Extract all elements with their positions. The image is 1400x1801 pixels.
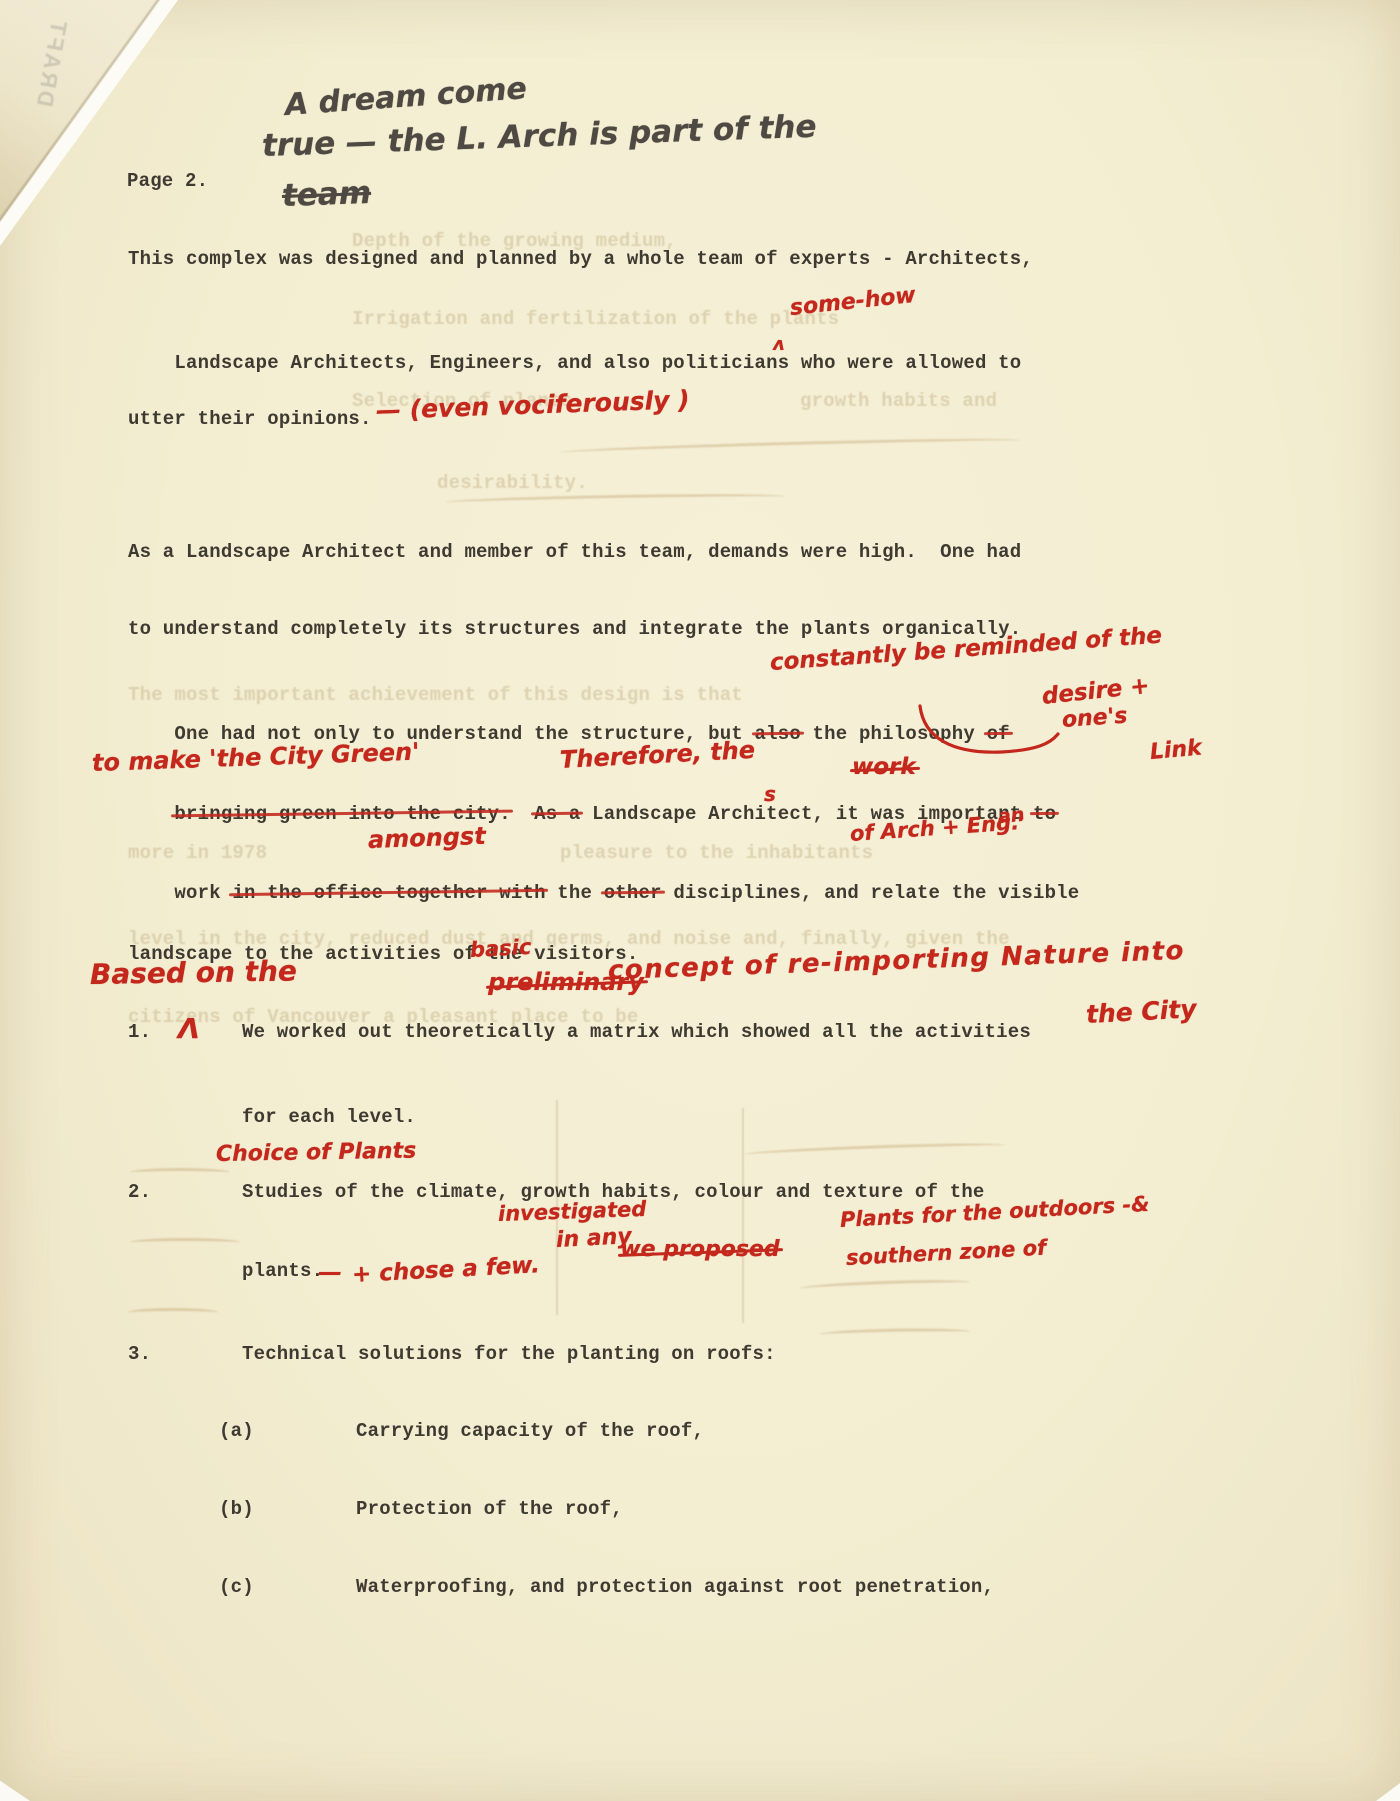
typed-line: work in the office together with the oth… bbox=[128, 860, 1079, 926]
typed-line: Landscape Architects, Engineers, and als… bbox=[128, 330, 1021, 396]
annotation-we-proposed: we proposed bbox=[620, 1237, 779, 1262]
typed-line: to understand completely its structures … bbox=[128, 618, 1021, 640]
struck-phrase-in-office: in the office together with bbox=[232, 882, 545, 904]
annotation-insert-s: s bbox=[764, 782, 776, 806]
struck-phrase-as-a: As a bbox=[534, 803, 580, 825]
insertion-caret: ʌ bbox=[773, 334, 785, 355]
sublist-text: Protection of the roof, bbox=[356, 1498, 623, 1520]
annotation-dash: — bbox=[318, 1258, 342, 1286]
list-item-number: 2. bbox=[128, 1181, 151, 1203]
annotation-item1-caret: Λ bbox=[178, 1012, 200, 1045]
struck-phrase-bringing-green: bringing green into the city. bbox=[174, 803, 510, 825]
sublist-label: (b) bbox=[219, 1498, 254, 1520]
list-item-text: plants. bbox=[242, 1260, 323, 1282]
ghost-scribble bbox=[820, 1327, 970, 1344]
struck-word-also: also bbox=[755, 723, 801, 745]
sublist-text: Carrying capacity of the roof, bbox=[356, 1420, 704, 1442]
typed-segment: were allowed to bbox=[847, 352, 1021, 374]
annotation-investigated: investigated bbox=[498, 1197, 647, 1226]
list-item-number: 3. bbox=[128, 1343, 151, 1365]
sublist-label: (c) bbox=[219, 1576, 254, 1598]
ghost-scribble bbox=[445, 492, 785, 512]
ghost-text: desirability. bbox=[437, 472, 588, 494]
annotation-somehow: some-how bbox=[789, 283, 917, 321]
annotation-southern: southern zone of bbox=[845, 1236, 1046, 1270]
ghost-scribble bbox=[800, 1278, 970, 1298]
annotation-in-any: in any bbox=[555, 1224, 632, 1253]
typed-line: This complex was designed and planned by… bbox=[128, 248, 1033, 270]
list-item-number: 1. bbox=[128, 1021, 151, 1043]
typed-segment: Landscape Architects, Engineers, and als… bbox=[174, 352, 847, 374]
annotation-link: Link bbox=[1149, 736, 1203, 765]
pencil-note-line1: A dream come bbox=[284, 71, 528, 123]
corner-bottom-right bbox=[1376, 1783, 1400, 1801]
typed-line: As a Landscape Architect and member of t… bbox=[128, 541, 1021, 563]
ghost-scribble bbox=[130, 1238, 240, 1252]
page-number-label: Page 2. bbox=[127, 170, 208, 192]
list-item-text: We worked out theoretically a matrix whi… bbox=[242, 1021, 1031, 1043]
annotation-ones: one's bbox=[1061, 703, 1128, 733]
typed-segment: work bbox=[174, 882, 232, 904]
ghost-scribble bbox=[560, 436, 1020, 462]
annotation-based-fix: basic bbox=[469, 935, 532, 962]
red-connector-curve bbox=[898, 702, 1078, 762]
corner-bottom-left bbox=[0, 1777, 30, 1801]
pencil-note-line3: team bbox=[281, 175, 371, 214]
typed-line: utter their opinions. bbox=[128, 408, 372, 430]
struck-word-other: other bbox=[604, 882, 662, 904]
ghost-line bbox=[742, 1108, 744, 1323]
ghost-scribble bbox=[128, 1308, 218, 1322]
ghost-scribble bbox=[745, 1141, 1005, 1164]
struck-word-to: to bbox=[1033, 803, 1056, 825]
list-item-text: Technical solutions for the planting on … bbox=[242, 1343, 776, 1365]
annotation-work: work bbox=[852, 754, 916, 780]
annotation-based3: the City bbox=[1085, 994, 1197, 1029]
ghost-text: Irrigation and fertilization of the plan… bbox=[352, 308, 839, 330]
annotation-based1: Based on the bbox=[90, 954, 297, 991]
typed-segment: Landscape Architect, bbox=[581, 803, 836, 825]
sublist-label: (a) bbox=[219, 1420, 254, 1442]
typed-segment: disciplines, and relate the visible bbox=[662, 882, 1080, 904]
typed-segment: the bbox=[546, 882, 604, 904]
annotation-amongst: amongst bbox=[368, 822, 487, 854]
list-item-text: for each level. bbox=[242, 1106, 416, 1128]
scanned-document-page: Depth of the growing medium, Irrigation … bbox=[0, 0, 1400, 1801]
annotation-choice-of-plants: Choice of Plants bbox=[216, 1139, 417, 1167]
sublist-text: Waterproofing, and protection against ro… bbox=[356, 1576, 994, 1598]
annotation-chose-few: + chose a few. bbox=[351, 1252, 540, 1288]
ghost-scribble bbox=[130, 1168, 230, 1182]
